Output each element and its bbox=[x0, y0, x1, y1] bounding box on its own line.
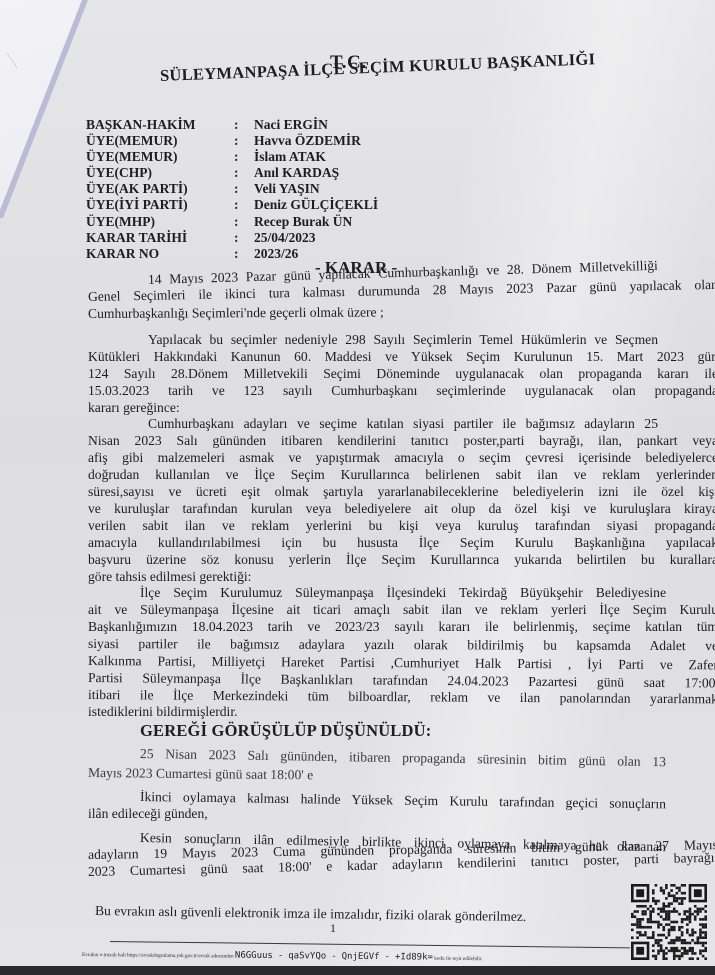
member-colon: : bbox=[234, 165, 254, 181]
ruling-line: İkinci oylamaya kalması halinde Yüksek S… bbox=[140, 789, 666, 812]
code-separator: - bbox=[278, 951, 284, 961]
body-line: göre tahsis edilmesi gerektiği: bbox=[88, 569, 251, 585]
footer-divider bbox=[110, 941, 630, 948]
member-colon: : bbox=[234, 246, 254, 262]
member-name: Havva ÖZDEMİR bbox=[254, 133, 361, 149]
qr-code-icon bbox=[631, 884, 707, 960]
member-name: Deniz GÜLÇİÇEKLİ bbox=[254, 197, 378, 213]
body-line: 15.03.2023 tarih ve 123 sayılı Cumhurbaş… bbox=[88, 383, 715, 399]
body-line: Cumhurbaşkanı adayları ve seçime katılan… bbox=[148, 416, 658, 432]
member-role: KARAR TARİHİ bbox=[86, 230, 234, 246]
body-line: Başkanlığımızın 18.04.2023 tarih ve 2023… bbox=[88, 619, 715, 635]
section-heading: GEREĞİ GÖRÜŞÜLÜP DÜŞÜNÜLDÜ: bbox=[140, 721, 431, 741]
body-line: afiş gibi malzemeleri asmak ve yapıştırm… bbox=[88, 450, 715, 466]
verification-suffix: kodu ile teyit edilebilir. bbox=[434, 956, 482, 963]
body-line: Cumhurbaşkanlığı Seçimleri'nde geçerli o… bbox=[88, 304, 384, 322]
body-line: Kütükleri Hakkındaki Kanunun 60. Maddesi… bbox=[88, 349, 715, 365]
verification-code: +Id89k= bbox=[395, 952, 433, 962]
member-colon: : bbox=[234, 230, 254, 246]
member-role: ÜYE(CHP) bbox=[86, 165, 234, 181]
member-role: ÜYE(MEMUR) bbox=[86, 149, 234, 165]
member-row: BAŞKAN-HAKİM:Naci ERGİN bbox=[86, 117, 378, 133]
member-name: Naci ERGİN bbox=[254, 117, 328, 133]
member-colon: : bbox=[234, 133, 254, 149]
member-role: ÜYE(İYİ PARTİ) bbox=[86, 197, 234, 213]
ruling-line: ilân edileceği günden, bbox=[88, 806, 208, 822]
member-name: Recep Burak ÜN bbox=[254, 214, 352, 230]
member-row: ÜYE(MHP):Recep Burak ÜN bbox=[86, 214, 378, 230]
member-row: ÜYE(İYİ PARTİ):Deniz GÜLÇİÇEKLİ bbox=[86, 197, 378, 213]
member-role: BAŞKAN-HAKİM bbox=[86, 117, 234, 133]
body-line: 124 Sayılı 28.Dönem Milletvekili Seçimi … bbox=[88, 366, 715, 382]
member-colon: : bbox=[234, 197, 254, 213]
code-separator: - bbox=[331, 952, 337, 962]
member-colon: : bbox=[234, 117, 254, 133]
verification-codes: N6GGuus-qaSvYQo-QnjEGVf-+Id89k= bbox=[235, 954, 433, 962]
body-line: doğrudan kullanılan ve İlçe Seçim Kurull… bbox=[88, 467, 715, 483]
body-line: ve kuruluşlar tarafından kurulan veya be… bbox=[88, 501, 715, 517]
page-number: 1 bbox=[330, 921, 336, 936]
members-list: BAŞKAN-HAKİM:Naci ERGİNÜYE(MEMUR):Havva … bbox=[86, 117, 378, 262]
member-row: ÜYE(AK PARTİ):Veli YAŞIN bbox=[86, 181, 378, 197]
member-row: ÜYE(MEMUR):Havva ÖZDEMİR bbox=[86, 133, 378, 149]
member-name: Anıl KARDAŞ bbox=[254, 165, 339, 181]
body-line: başvuru üzerine söz konusu yerlerin İlçe… bbox=[88, 552, 715, 568]
ruling-line: Mayıs 2023 Cumartesi günü saat 18:00' e bbox=[88, 765, 313, 783]
body-line: siyasi partiler ile bağımsız adaylara ya… bbox=[88, 636, 715, 654]
header-institution: SÜLEYMANPAŞA İLÇE SEÇİM KURULU BAŞKANLIĞ… bbox=[160, 49, 596, 86]
body-line: İlçe Seçim Kurulumuz Süleymanpaşa İlçesi… bbox=[140, 585, 666, 601]
body-line: istediklerini bildirmişlerdir. bbox=[88, 704, 238, 720]
member-row: KARAR TARİHİ:25/04/2023 bbox=[86, 230, 378, 246]
member-name: Veli YAŞIN bbox=[254, 181, 320, 197]
signature-note: Bu evrakın aslı güvenli elektronik imza … bbox=[95, 903, 526, 925]
verification-code: qaSvYQo bbox=[288, 951, 326, 961]
member-role: KARAR NO bbox=[86, 246, 234, 262]
verification-line: Evrakın e-imzalı hali https://evrakdogru… bbox=[82, 949, 483, 963]
body-line: verilen sabit ilan ve reklam yerlerini b… bbox=[88, 518, 715, 534]
verification-prefix: Evrakın e-imzalı hali https://evrakdogru… bbox=[82, 952, 234, 960]
verification-code: QnjEGVf bbox=[342, 952, 380, 962]
member-role: ÜYE(MHP) bbox=[86, 214, 234, 230]
document-content: T.C. SÜLEYMANPAŞA İLÇE SEÇİM KURULU BAŞK… bbox=[0, 0, 715, 968]
member-name: 25/04/2023 bbox=[254, 230, 316, 246]
member-row: ÜYE(CHP):Anıl KARDAŞ bbox=[86, 165, 378, 181]
member-name: İslam ATAK bbox=[254, 149, 326, 165]
member-colon: : bbox=[234, 149, 254, 165]
body-line: ait ve Süleymanpaşa İlçesine ait ticari … bbox=[88, 602, 715, 618]
member-role: ÜYE(AK PARTİ) bbox=[86, 181, 234, 197]
body-line: Nisan 2023 Salı gününden itibaren kendil… bbox=[88, 433, 715, 449]
member-name: 2023/26 bbox=[254, 246, 298, 262]
member-colon: : bbox=[234, 214, 254, 230]
photo-bottom-edge bbox=[0, 966, 715, 975]
body-line: amacıyla kullandırılabilmesi için bu hus… bbox=[88, 535, 715, 551]
member-colon: : bbox=[234, 181, 254, 197]
code-separator: - bbox=[385, 952, 391, 962]
body-line: kararı gereğince: bbox=[88, 400, 180, 416]
member-role: ÜYE(MEMUR) bbox=[86, 133, 234, 149]
member-row: ÜYE(MEMUR):İslam ATAK bbox=[86, 149, 378, 165]
body-line: Yapılacak bu seçimler nedeniyle 298 Sayı… bbox=[148, 332, 658, 348]
body-line: süresi,sayısı ve ücreti eşit olmak şartı… bbox=[88, 484, 715, 500]
verification-code: N6GGuus bbox=[235, 951, 273, 961]
